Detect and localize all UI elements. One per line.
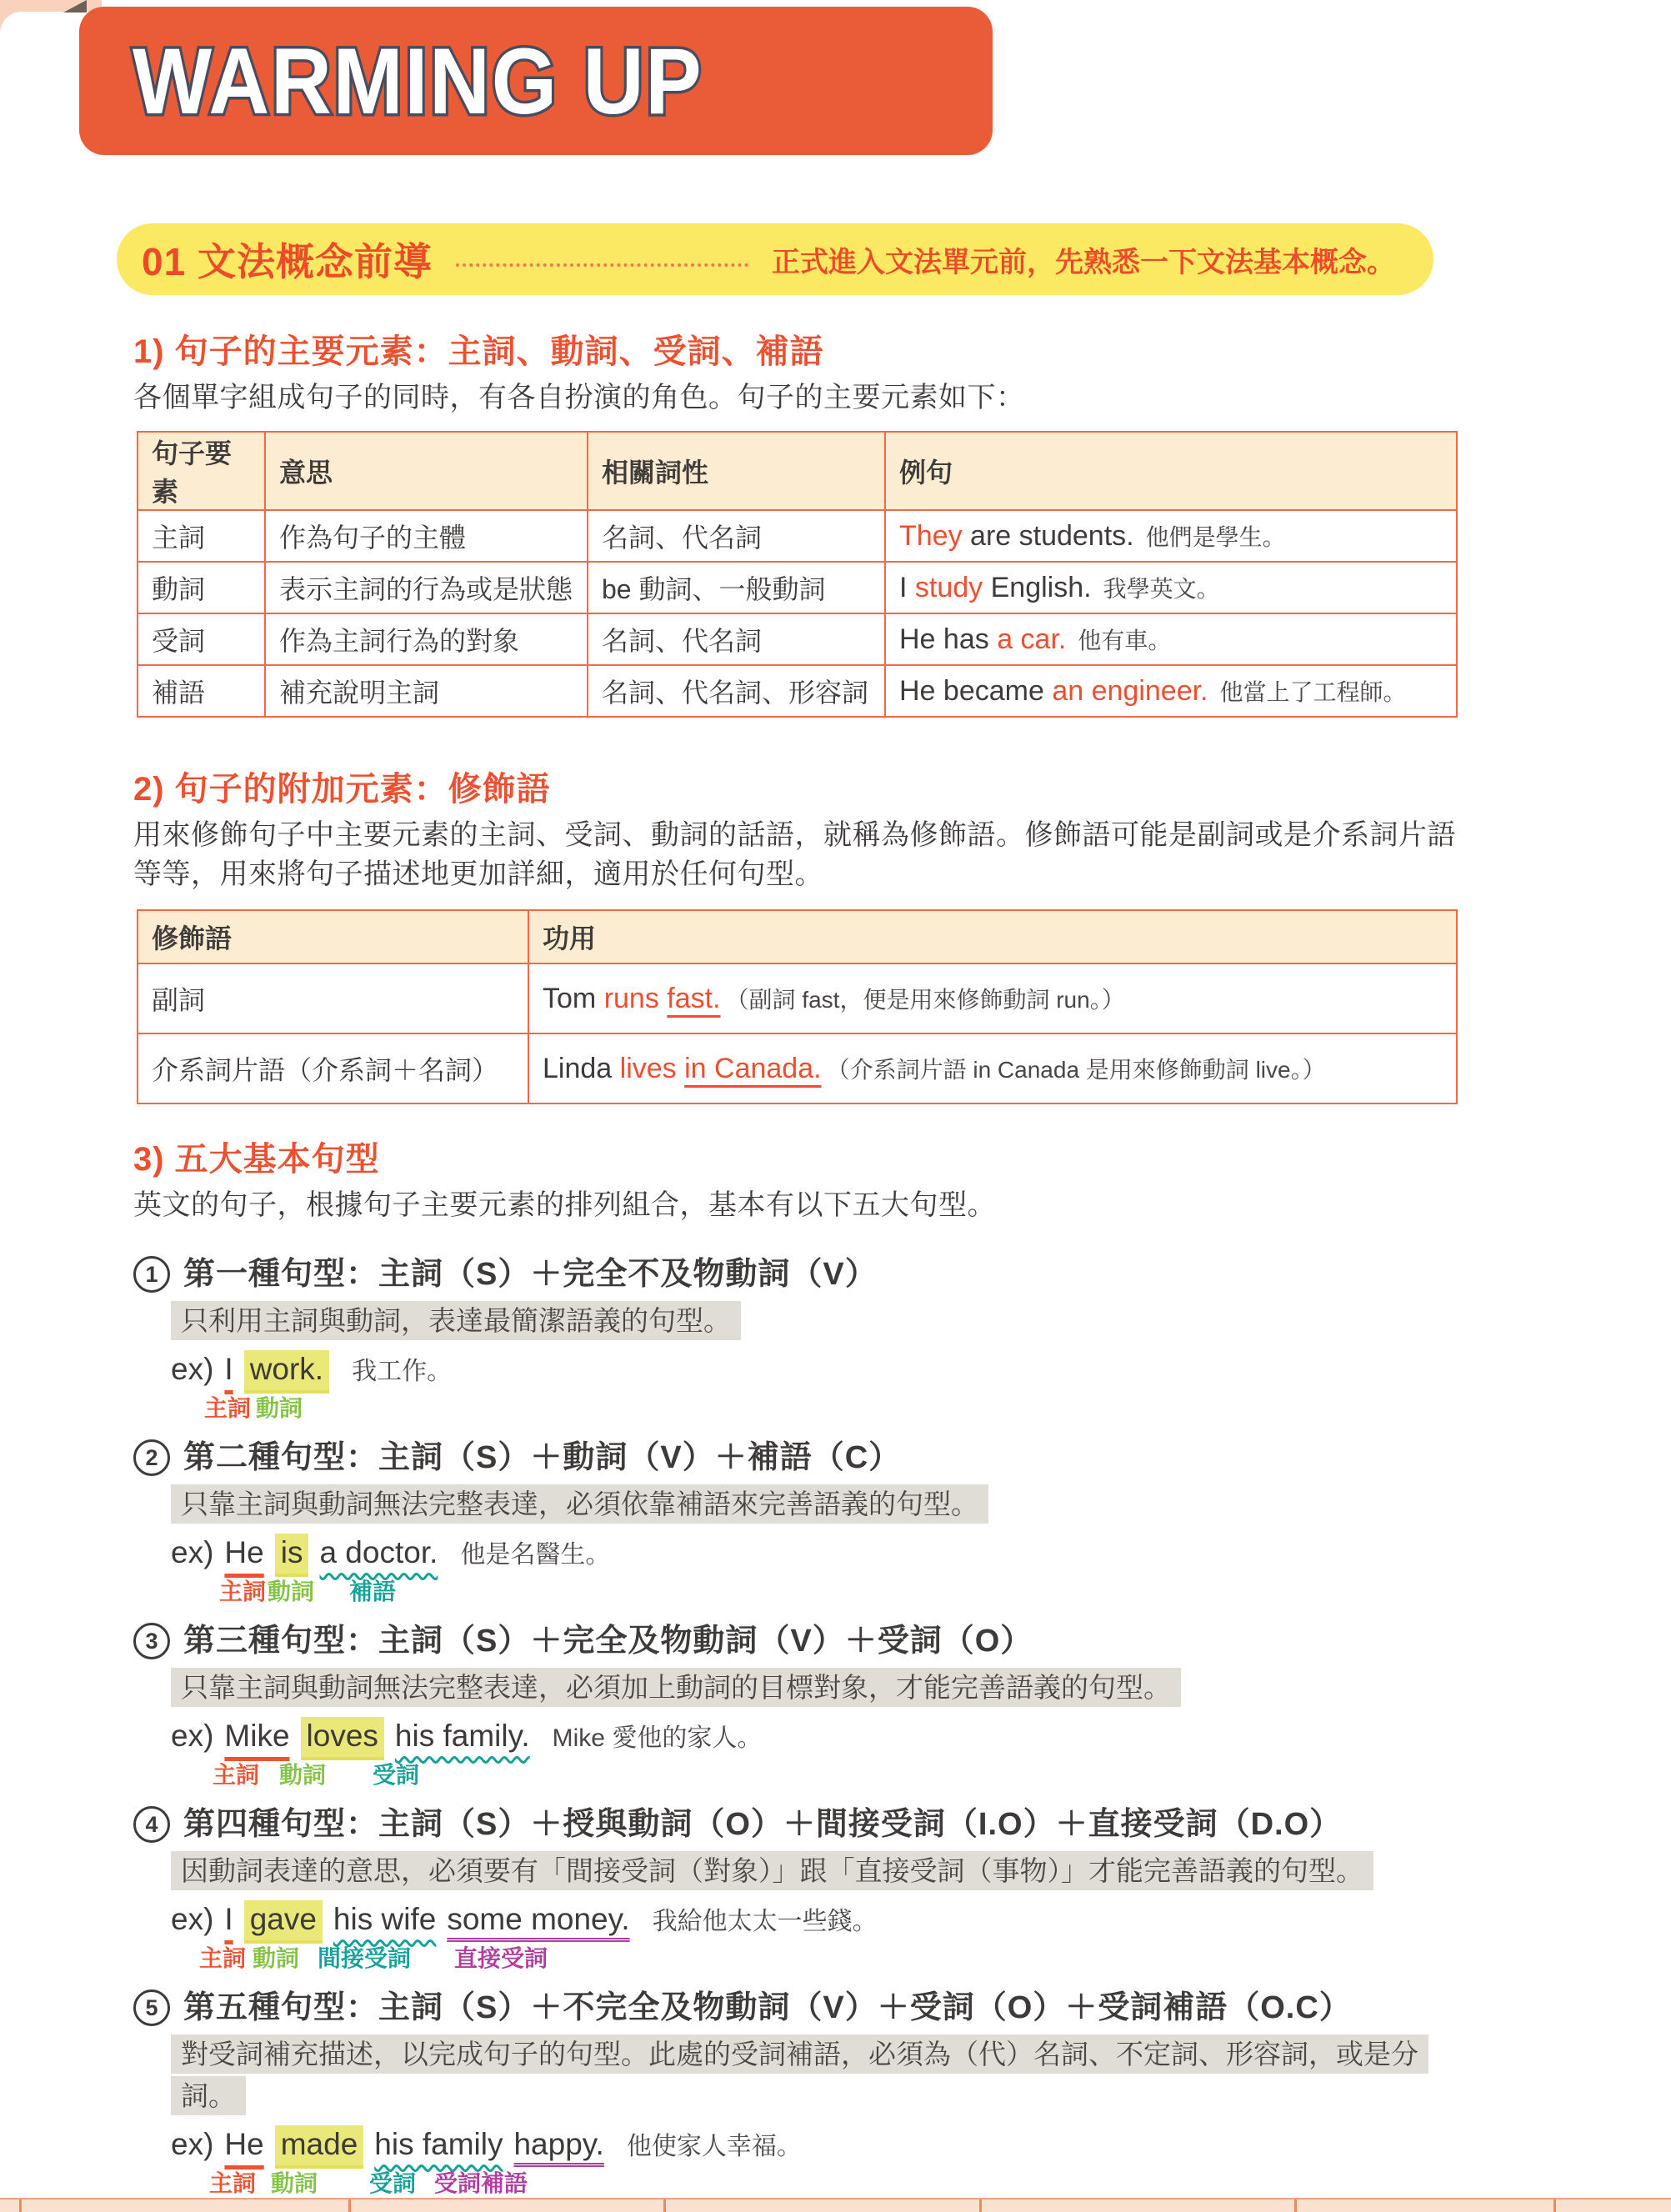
col-header-element: 句子要素 <box>138 432 265 510</box>
col-header-meaning: 意思 <box>265 432 588 510</box>
circled-number-icon: 4 <box>133 1806 170 1843</box>
table-divider <box>1553 2199 1556 2212</box>
cell-example: I study English.我學英文。 <box>885 562 1457 613</box>
label-verb: 動詞 <box>256 1390 303 1424</box>
cell-element: 主詞 <box>138 510 265 562</box>
pattern3-example: ex) Mike loves his family. Mike 愛他的家人。 <box>171 1717 1671 1757</box>
example-english: He became an engineer. <box>899 675 1208 707</box>
subject-word: Mike <box>224 1719 289 1754</box>
pattern3-labels: 主詞 動詞 受詞 <box>171 1760 1671 1787</box>
object-complement-word: happy. <box>513 2127 603 2162</box>
pattern2-labels: 主詞 動詞 補語 <box>171 1577 1671 1604</box>
col-header-function: 功用 <box>528 910 1457 963</box>
cell-modifier: 介系詞片語（介系詞＋名詞） <box>138 1033 528 1103</box>
pattern-title: 第五種句型：主詞（S）＋不完全及物動詞（V）＋受詞（O）＋受詞補語（O.C） <box>183 1989 1352 2027</box>
verb-word: loves <box>301 1717 384 1760</box>
example-translation: 他是名醫生。 <box>460 1534 610 1570</box>
example-prefix: ex) <box>171 1719 213 1754</box>
subject-word: I <box>224 1902 233 1937</box>
verb-word: is <box>275 1534 309 1577</box>
example-keyword: lives <box>620 1053 684 1084</box>
cell-meaning: 作為主詞行為的對象 <box>265 613 588 665</box>
section1-intro: 各個單字組成句子的同時，有各自扮演的角色。句子的主要元素如下： <box>133 378 1475 418</box>
cell-example: They are students.他們是學生。 <box>885 510 1457 562</box>
table-header-row: 句子要素 意思 相關詞性 例句 <box>138 432 1457 510</box>
complement-word: a doctor. <box>319 1535 438 1570</box>
pattern4-example: ex) I gave his wife some money. 我給他太太一些錢… <box>171 1900 1671 1940</box>
example-translation: 我給他太太一些錢。 <box>653 1900 878 1937</box>
pattern1-description: 只利用主詞與動詞，表達最簡潔語義的句型。 <box>171 1300 1471 1342</box>
circled-number-icon: 1 <box>133 1256 170 1293</box>
pattern2-example: ex) He is a doctor. 他是名醫生。 <box>171 1534 1671 1574</box>
page-content: 1) 句子的主要元素：主詞、動詞、受詞、補語 各個單字組成句子的同時，有各自扮演… <box>0 295 1671 2195</box>
example-translation: 他當上了工程師。 <box>1220 679 1407 705</box>
example-prefix: ex) <box>171 1902 213 1937</box>
table-divider <box>1294 2199 1297 2212</box>
cell-function: Tom runs fast.（副詞 fast，便是用來修飾動詞 run。） <box>528 963 1457 1033</box>
pattern1-labels: 主詞 動詞 <box>171 1394 1671 1420</box>
example-note: （介系詞片語 in Canada 是用來修飾動詞 live。） <box>827 1057 1326 1083</box>
label-complement: 補語 <box>349 1574 396 1607</box>
label-object: 受詞 <box>373 1757 419 1790</box>
example-keyword-underlined: fast. <box>667 983 720 1014</box>
pattern5-heading: 5 第五種句型：主詞（S）＋不完全及物動詞（V）＋受詞（O）＋受詞補語（O.C） <box>133 1989 1671 2027</box>
circled-number-icon: 2 <box>133 1439 170 1476</box>
cell-function: Linda lives in Canada.（介系詞片語 in Canada 是… <box>528 1033 1457 1103</box>
table-divider <box>663 2199 666 2212</box>
cell-element: 動詞 <box>138 562 265 613</box>
circled-number-icon: 3 <box>133 1623 170 1659</box>
pattern1-heading: 1 第一種句型：主詞（S）＋完全不及物動詞（V） <box>133 1255 1671 1294</box>
label-subject: 主詞 <box>204 1390 251 1424</box>
cell-pos: 名詞、代名詞 <box>588 510 885 562</box>
cell-element: 補語 <box>138 665 265 717</box>
section2-heading: 2) 句子的附加元素：修飾語 <box>133 769 1671 809</box>
example-keyword: a car. <box>997 623 1066 655</box>
example-translation: 我學英文。 <box>1103 576 1220 602</box>
col-header-example: 例句 <box>885 432 1457 510</box>
pattern-title: 第一種句型：主詞（S）＋完全不及物動詞（V） <box>183 1255 878 1294</box>
example-translation: 他使家人幸福。 <box>627 2125 802 2162</box>
subject-word: He <box>224 2127 263 2162</box>
table-row: 副詞 Tom runs fast.（副詞 fast，便是用來修飾動詞 run。） <box>138 963 1457 1033</box>
section-intro-bar: 01 文法概念前導 正式進入文法單元前，先熟悉一下文法基本概念。 <box>117 223 1433 295</box>
section-intro-note: 正式進入文法單元前，先熟悉一下文法基本概念。 <box>772 239 1395 280</box>
cell-pos: be 動詞、一般動詞 <box>588 562 885 613</box>
label-subject: 主詞 <box>209 2165 256 2199</box>
verb-word: made <box>275 2125 364 2169</box>
dotted-leader <box>456 263 748 267</box>
pattern5-description: 對受詞補充描述，以完成句子的句型。此處的受詞補語，必須為（代）名詞、不定詞、形容… <box>171 2034 1471 2117</box>
cell-meaning: 表示主詞的行為或是狀態 <box>265 562 588 613</box>
label-subject: 主詞 <box>219 1574 266 1607</box>
pattern4-labels: 主詞 動詞 間接受詞 直接受詞 <box>171 1944 1671 1970</box>
label-subject: 主詞 <box>199 1940 246 1974</box>
cell-pos: 名詞、代名詞、形容詞 <box>588 665 885 717</box>
label-verb: 動詞 <box>253 1940 299 1974</box>
example-english: Linda lives in Canada. <box>543 1053 822 1084</box>
table-header-row: 修飾語 功用 <box>138 910 1457 963</box>
pattern5-example: ex) He made his family happy. 他使家人幸福。 <box>171 2125 1671 2165</box>
example-keyword: study <box>915 572 983 603</box>
cell-meaning: 補充說明主詞 <box>265 665 588 717</box>
cell-example: He became an engineer.他當上了工程師。 <box>885 665 1457 717</box>
example-translation: 他們是學生。 <box>1146 524 1286 550</box>
verb-word: work. <box>244 1350 329 1394</box>
label-verb: 動詞 <box>271 2165 318 2199</box>
example-prefix: ex) <box>171 1535 213 1570</box>
table-divider <box>19 2199 22 2212</box>
label-object-complement: 受詞補語 <box>434 2165 528 2199</box>
section2-intro: 用來修飾句子中主要元素的主詞、受詞、動詞的話語，就稱為修飾語。修飾語可能是副詞或… <box>133 816 1475 894</box>
cell-modifier: 副詞 <box>138 963 528 1033</box>
pattern2-description: 只靠主詞與動詞無法完整表達，必須依靠補語來完善語義的句型。 <box>171 1484 1471 1525</box>
bottom-table-peek <box>0 2198 1671 2212</box>
pattern2-heading: 2 第二種句型：主詞（S）＋動詞（V）＋補語（C） <box>133 1439 1671 1477</box>
textbook-page: WARMING UP WARMING UP 01 文法概念前導 正式進入文法單元… <box>0 0 1671 2212</box>
section-number-title: 01 文法概念前導 <box>142 232 433 287</box>
verb-word: gave <box>244 1900 323 1944</box>
pattern-title: 第二種句型：主詞（S）＋動詞（V）＋補語（C） <box>183 1439 901 1477</box>
pattern5-labels: 主詞 動詞 受詞 受詞補語 <box>171 2169 1671 2195</box>
label-object: 受詞 <box>369 2165 416 2199</box>
subject-word: I <box>224 1352 233 1387</box>
label-indirect-object: 間接受詞 <box>318 1940 411 1974</box>
table-row: 補語 補充說明主詞 名詞、代名詞、形容詞 He became an engine… <box>138 665 1457 717</box>
table-row: 介系詞片語（介系詞＋名詞） Linda lives in Canada.（介系詞… <box>138 1033 1457 1103</box>
indirect-object-word: his wife <box>333 1902 436 1937</box>
example-english: Tom runs fast. <box>543 983 721 1014</box>
label-verb: 動詞 <box>279 1757 326 1790</box>
table-row: 主詞 作為句子的主體 名詞、代名詞 They are students.他們是學… <box>138 510 1457 562</box>
cell-meaning: 作為句子的主體 <box>265 510 588 562</box>
table-divider <box>348 2199 351 2212</box>
label-subject: 主詞 <box>213 1757 259 1790</box>
pattern-title: 第四種句型：主詞（S）＋授與動詞（O）＋間接受詞（I.O）＋直接受詞（D.O） <box>183 1805 1342 1844</box>
example-translation: Mike 愛他的家人。 <box>553 1717 763 1754</box>
section3-heading: 3) 五大基本句型 <box>133 1139 1671 1179</box>
section1-heading: 1) 句子的主要元素：主詞、動詞、受詞、補語 <box>133 332 1671 372</box>
label-verb: 動詞 <box>268 1574 314 1607</box>
chapter-title-text: WARMING UP <box>133 40 703 123</box>
pattern3-heading: 3 第三種句型：主詞（S）＋完全及物動詞（V）＋受詞（O） <box>133 1622 1671 1660</box>
circled-number-icon: 5 <box>133 1989 170 2026</box>
label-direct-object: 直接受詞 <box>454 1940 548 1974</box>
modifiers-table: 修飾語 功用 副詞 Tom runs fast.（副詞 fast，便是用來修飾動… <box>137 909 1458 1104</box>
example-english: He has a car. <box>899 623 1066 655</box>
example-prefix: ex) <box>171 2127 213 2162</box>
direct-object-word: some money. <box>447 1902 629 1937</box>
example-keyword-underlined: in Canada. <box>684 1053 821 1084</box>
object-word: his family. <box>395 1719 530 1754</box>
table-row: 動詞 表示主詞的行為或是狀態 be 動詞、一般動詞 I study Englis… <box>138 562 1457 613</box>
col-header-modifier: 修飾語 <box>138 910 528 963</box>
object-word: his family <box>374 2127 503 2162</box>
example-keyword: an engineer. <box>1052 675 1208 707</box>
cell-element: 受詞 <box>138 613 265 665</box>
example-keyword: They <box>899 520 963 552</box>
pattern4-heading: 4 第四種句型：主詞（S）＋授與動詞（O）＋間接受詞（I.O）＋直接受詞（D.O… <box>133 1805 1671 1844</box>
sentence-elements-table: 句子要素 意思 相關詞性 例句 主詞 作為句子的主體 名詞、代名詞 They a… <box>137 431 1458 718</box>
example-keyword: runs <box>604 983 668 1014</box>
chapter-banner: WARMING UP WARMING UP <box>79 7 993 155</box>
pattern3-description: 只靠主詞與動詞無法完整表達，必須加上動詞的目標對象，才能完善語義的句型。 <box>171 1667 1471 1709</box>
example-english: I study English. <box>899 572 1092 603</box>
table-row: 受詞 作為主詞行為的對象 名詞、代名詞 He has a car.他有車。 <box>138 613 1457 665</box>
section3-intro: 英文的句子，根據句子主要元素的排列組合，基本有以下五大句型。 <box>133 1186 1475 1225</box>
example-translation: 他有車。 <box>1078 628 1171 653</box>
col-header-pos: 相關詞性 <box>588 432 885 510</box>
example-note: （副詞 fast，便是用來修飾動詞 run。） <box>726 987 1125 1013</box>
example-english: They are students. <box>899 520 1134 552</box>
pattern1-example: ex) I work. 我工作。 <box>171 1350 1671 1390</box>
table-divider <box>979 2199 982 2212</box>
example-prefix: ex) <box>171 1352 213 1387</box>
cell-pos: 名詞、代名詞 <box>588 613 885 665</box>
example-translation: 我工作。 <box>352 1350 452 1387</box>
cell-example: He has a car.他有車。 <box>885 613 1457 665</box>
pattern4-description: 因動詞表達的意思，必須要有「間接受詞（對象）」跟「直接受詞（事物）」才能完善語義… <box>171 1850 1471 1892</box>
subject-word: He <box>224 1535 263 1570</box>
pattern-title: 第三種句型：主詞（S）＋完全及物動詞（V）＋受詞（O） <box>183 1622 1033 1660</box>
